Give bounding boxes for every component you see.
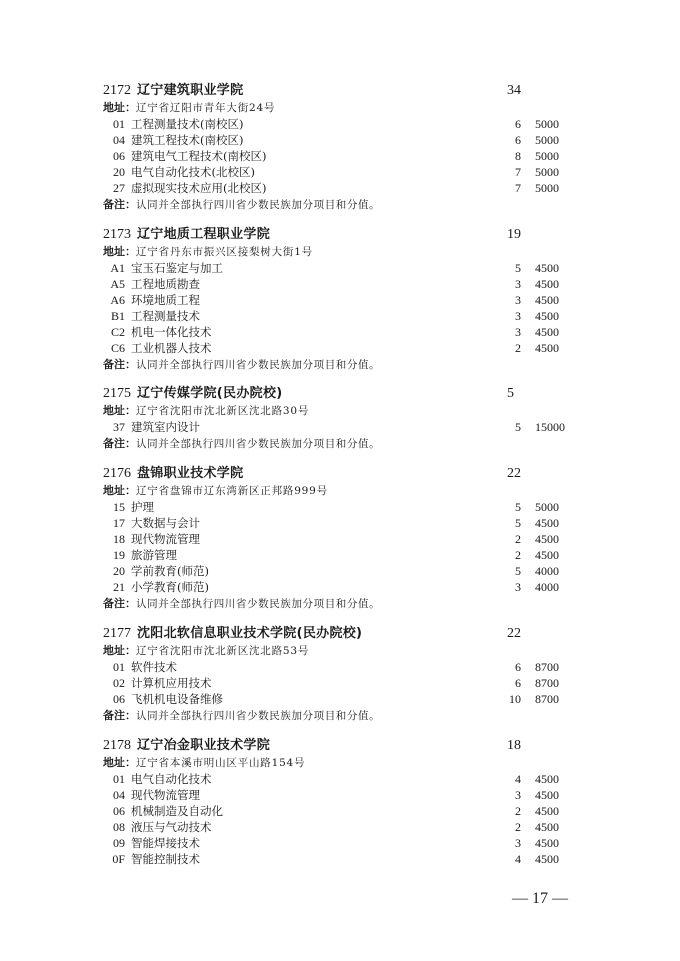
school-note: 备注：认同并全部执行四川省少数民族加分项目和分值。 (103, 435, 583, 451)
major-row: C2机电一体化技术34500 (103, 324, 583, 340)
address-text: 辽宁省辽阳市青年大街24号 (136, 102, 275, 114)
major-fee: 5000 (535, 148, 559, 164)
major-name: 电气自动化技术(北校区) (131, 165, 255, 179)
major-fee: 4500 (535, 276, 559, 292)
major-row: 27虚拟现实技术应用(北校区)75000 (103, 180, 583, 196)
major-name: 大数据与会计 (131, 516, 200, 530)
school-code: 2175 (103, 386, 131, 401)
school-block-2177: 2177沈阳北软信息职业技术学院(民办院校) 22 地址：辽宁省沈阳市沈北新区沈… (103, 624, 583, 723)
major-name: 机电一体化技术 (131, 325, 212, 339)
major-name: 软件技术 (131, 660, 177, 674)
major-row: C6工业机器人技术24500 (103, 340, 583, 356)
school-total: 19 (507, 225, 521, 244)
major-fee: 4500 (535, 851, 559, 867)
school-title: 2172辽宁建筑职业学院 34 (103, 81, 583, 100)
major-row: 04现代物流管理34500 (103, 787, 583, 803)
school-block-2172: 2172辽宁建筑职业学院 34 地址：辽宁省辽阳市青年大街24号 01工程测量技… (103, 81, 583, 212)
major-count: 5 (498, 515, 521, 531)
school-block-2178: 2178辽宁冶金职业技术学院 18 地址：辽宁省本溪市明山区平山路154号 01… (103, 736, 583, 867)
school-code: 2178 (103, 738, 131, 753)
address-label: 地址： (103, 101, 136, 114)
school-block-2176: 2176盘锦职业技术学院 22 地址：辽宁省盘锦市辽东湾新区正邦路999号 15… (103, 464, 583, 611)
major-fee: 4500 (535, 531, 559, 547)
major-fee: 4500 (535, 819, 559, 835)
major-name: 智能控制技术 (131, 852, 200, 866)
school-total: 5 (507, 384, 514, 403)
school-name: 辽宁建筑职业学院 (137, 83, 243, 98)
major-name: 飞机机电设备维修 (131, 692, 223, 706)
major-fee: 4500 (535, 308, 559, 324)
major-count: 2 (498, 340, 521, 356)
major-fee: 8700 (535, 659, 559, 675)
major-code: 15 (103, 499, 125, 515)
major-row: A6环境地质工程34500 (103, 292, 583, 308)
school-title: 2175辽宁传媒学院(民办院校) 5 (103, 384, 583, 403)
major-row: 04建筑工程技术(南校区)65000 (103, 132, 583, 148)
major-count: 10 (498, 691, 521, 707)
major-fee: 4000 (535, 563, 559, 579)
major-name: 建筑室内设计 (131, 420, 200, 434)
major-row: 06建筑电气工程技术(南校区)85000 (103, 148, 583, 164)
note-text: 认同并全部执行四川省少数民族加分项目和分值。 (136, 199, 380, 211)
major-code: 01 (103, 771, 125, 787)
major-code: A1 (103, 260, 125, 276)
major-row: 18现代物流管理24500 (103, 531, 583, 547)
major-count: 3 (498, 308, 521, 324)
major-count: 5 (498, 499, 521, 515)
address-label: 地址： (103, 756, 136, 769)
school-total: 34 (507, 81, 521, 100)
major-code: A5 (103, 276, 125, 292)
note-label: 备注： (103, 597, 136, 610)
major-name: 护理 (131, 500, 154, 514)
school-total: 22 (507, 464, 521, 483)
school-name: 沈阳北软信息职业技术学院(民办院校) (137, 626, 362, 641)
major-fee: 4500 (535, 260, 559, 276)
major-code: 01 (103, 659, 125, 675)
major-count: 6 (498, 116, 521, 132)
major-code: 19 (103, 547, 125, 563)
major-code: C6 (103, 340, 125, 356)
major-fee: 8700 (535, 691, 559, 707)
major-code: 20 (103, 164, 125, 180)
major-row: 21小学教育(师范)34000 (103, 579, 583, 595)
note-text: 认同并全部执行四川省少数民族加分项目和分值。 (136, 438, 380, 450)
major-row: 01电气自动化技术44500 (103, 771, 583, 787)
major-code: 01 (103, 116, 125, 132)
major-code: 04 (103, 132, 125, 148)
major-fee: 5000 (535, 180, 559, 196)
major-row: A1宝玉石鉴定与加工54500 (103, 260, 583, 276)
document-page: 2172辽宁建筑职业学院 34 地址：辽宁省辽阳市青年大街24号 01工程测量技… (0, 0, 680, 961)
major-count: 8 (498, 148, 521, 164)
major-name: 宝玉石鉴定与加工 (131, 261, 223, 275)
major-count: 6 (498, 675, 521, 691)
school-name: 辽宁传媒学院(民办院校) (137, 386, 282, 401)
major-name: 建筑电气工程技术(南校区) (131, 149, 266, 163)
school-address: 地址：辽宁省辽阳市青年大街24号 (103, 100, 583, 116)
major-code: 21 (103, 579, 125, 595)
major-code: 04 (103, 787, 125, 803)
major-count: 5 (498, 260, 521, 276)
major-code: 27 (103, 180, 125, 196)
major-count: 7 (498, 164, 521, 180)
major-row: A5工程地质勘查34500 (103, 276, 583, 292)
major-code: A6 (103, 292, 125, 308)
school-note: 备注：认同并全部执行四川省少数民族加分项目和分值。 (103, 707, 583, 723)
school-note: 备注：认同并全部执行四川省少数民族加分项目和分值。 (103, 356, 583, 372)
major-name: 旅游管理 (131, 548, 177, 562)
note-label: 备注： (103, 358, 136, 371)
major-row: 06机械制造及自动化24500 (103, 803, 583, 819)
major-count: 3 (498, 787, 521, 803)
school-code: 2173 (103, 227, 131, 242)
major-fee: 5000 (535, 116, 559, 132)
major-count: 6 (498, 659, 521, 675)
school-block-2175: 2175辽宁传媒学院(民办院校) 5 地址：辽宁省沈阳市沈北新区沈北路30号 3… (103, 384, 583, 451)
major-count: 2 (498, 819, 521, 835)
major-row: 17大数据与会计54500 (103, 515, 583, 531)
major-fee: 5000 (535, 164, 559, 180)
school-note: 备注：认同并全部执行四川省少数民族加分项目和分值。 (103, 196, 583, 212)
major-count: 2 (498, 803, 521, 819)
major-code: 17 (103, 515, 125, 531)
note-label: 备注： (103, 709, 136, 722)
major-name: 电气自动化技术 (131, 772, 212, 786)
major-fee: 4500 (535, 771, 559, 787)
major-count: 3 (498, 579, 521, 595)
major-count: 4 (498, 771, 521, 787)
major-row: 09智能焊接技术34500 (103, 835, 583, 851)
major-fee: 4500 (535, 803, 559, 819)
note-label: 备注： (103, 198, 136, 211)
major-name: 工程测量技术 (131, 309, 200, 323)
major-fee: 4500 (535, 515, 559, 531)
major-fee: 4500 (535, 340, 559, 356)
address-label: 地址： (103, 644, 136, 657)
major-count: 3 (498, 835, 521, 851)
major-name: 工业机器人技术 (131, 341, 212, 355)
major-row: 06飞机机电设备维修108700 (103, 691, 583, 707)
page-number: — 17 — (512, 890, 568, 908)
school-note: 备注：认同并全部执行四川省少数民族加分项目和分值。 (103, 595, 583, 611)
address-label: 地址： (103, 245, 136, 258)
major-count: 5 (498, 419, 521, 435)
major-row: 37建筑室内设计515000 (103, 419, 583, 435)
note-text: 认同并全部执行四川省少数民族加分项目和分值。 (136, 359, 380, 371)
school-name: 辽宁冶金职业技术学院 (137, 738, 270, 753)
major-code: 20 (103, 563, 125, 579)
major-count: 4 (498, 851, 521, 867)
address-text: 辽宁省丹东市振兴区接梨树大街1号 (136, 246, 313, 258)
major-code: 02 (103, 675, 125, 691)
major-fee: 4500 (535, 547, 559, 563)
major-code: 06 (103, 803, 125, 819)
school-address: 地址：辽宁省本溪市明山区平山路154号 (103, 755, 583, 771)
major-fee: 5000 (535, 132, 559, 148)
address-text: 辽宁省盘锦市辽东湾新区正邦路999号 (136, 485, 328, 497)
major-name: 虚拟现实技术应用(北校区) (131, 181, 266, 195)
note-text: 认同并全部执行四川省少数民族加分项目和分值。 (136, 598, 380, 610)
major-fee: 15000 (535, 419, 565, 435)
major-count: 2 (498, 547, 521, 563)
major-count: 5 (498, 563, 521, 579)
major-name: 建筑工程技术(南校区) (131, 133, 243, 147)
school-address: 地址：辽宁省盘锦市辽东湾新区正邦路999号 (103, 483, 583, 499)
address-label: 地址： (103, 484, 136, 497)
major-name: 工程测量技术(南校区) (131, 117, 243, 131)
school-name: 盘锦职业技术学院 (137, 466, 243, 481)
major-row: 20学前教育(师范)54000 (103, 563, 583, 579)
school-address: 地址：辽宁省沈阳市沈北新区沈北路53号 (103, 643, 583, 659)
major-code: B1 (103, 308, 125, 324)
major-fee: 4500 (535, 835, 559, 851)
school-title: 2177沈阳北软信息职业技术学院(民办院校) 22 (103, 624, 583, 643)
major-name: 机械制造及自动化 (131, 804, 223, 818)
major-row: 01软件技术68700 (103, 659, 583, 675)
major-name: 工程地质勘查 (131, 277, 200, 291)
major-name: 环境地质工程 (131, 293, 200, 307)
major-row: 0F智能控制技术44500 (103, 851, 583, 867)
major-name: 小学教育(师范) (131, 580, 209, 594)
note-label: 备注： (103, 437, 136, 450)
school-title: 2178辽宁冶金职业技术学院 18 (103, 736, 583, 755)
major-row: 19旅游管理24500 (103, 547, 583, 563)
major-row: 15护理55000 (103, 499, 583, 515)
major-row: 08液压与气动技术24500 (103, 819, 583, 835)
school-code: 2177 (103, 626, 131, 641)
school-name: 辽宁地质工程职业学院 (137, 227, 270, 242)
major-count: 3 (498, 324, 521, 340)
major-code: 08 (103, 819, 125, 835)
school-code: 2172 (103, 83, 131, 98)
major-code: 06 (103, 691, 125, 707)
major-code: 37 (103, 419, 125, 435)
major-code: C2 (103, 324, 125, 340)
major-name: 液压与气动技术 (131, 820, 212, 834)
major-fee: 8700 (535, 675, 559, 691)
school-title: 2173辽宁地质工程职业学院 19 (103, 225, 583, 244)
major-name: 学前教育(师范) (131, 564, 209, 578)
note-text: 认同并全部执行四川省少数民族加分项目和分值。 (136, 710, 380, 722)
major-code: 06 (103, 148, 125, 164)
major-row: 01工程测量技术(南校区)65000 (103, 116, 583, 132)
major-count: 3 (498, 292, 521, 308)
school-title: 2176盘锦职业技术学院 22 (103, 464, 583, 483)
major-count: 2 (498, 531, 521, 547)
major-fee: 4500 (535, 324, 559, 340)
major-fee: 5000 (535, 499, 559, 515)
major-row: B1工程测量技术34500 (103, 308, 583, 324)
major-fee: 4500 (535, 292, 559, 308)
major-name: 计算机应用技术 (131, 676, 212, 690)
school-total: 22 (507, 624, 521, 643)
major-row: 20电气自动化技术(北校区)75000 (103, 164, 583, 180)
major-name: 智能焊接技术 (131, 836, 200, 850)
major-name: 现代物流管理 (131, 788, 200, 802)
major-count: 7 (498, 180, 521, 196)
major-code: 18 (103, 531, 125, 547)
major-code: 0F (103, 851, 125, 867)
school-total: 18 (507, 736, 521, 755)
major-row: 02计算机应用技术68700 (103, 675, 583, 691)
school-address: 地址：辽宁省丹东市振兴区接梨树大街1号 (103, 244, 583, 260)
major-fee: 4500 (535, 787, 559, 803)
major-count: 3 (498, 276, 521, 292)
address-text: 辽宁省本溪市明山区平山路154号 (136, 757, 305, 769)
address-text: 辽宁省沈阳市沈北新区沈北路30号 (136, 405, 309, 417)
address-label: 地址： (103, 404, 136, 417)
school-code: 2176 (103, 466, 131, 481)
address-text: 辽宁省沈阳市沈北新区沈北路53号 (136, 645, 309, 657)
school-block-2173: 2173辽宁地质工程职业学院 19 地址：辽宁省丹东市振兴区接梨树大街1号 A1… (103, 225, 583, 372)
major-count: 6 (498, 132, 521, 148)
major-fee: 4000 (535, 579, 559, 595)
major-name: 现代物流管理 (131, 532, 200, 546)
school-address: 地址：辽宁省沈阳市沈北新区沈北路30号 (103, 403, 583, 419)
major-code: 09 (103, 835, 125, 851)
